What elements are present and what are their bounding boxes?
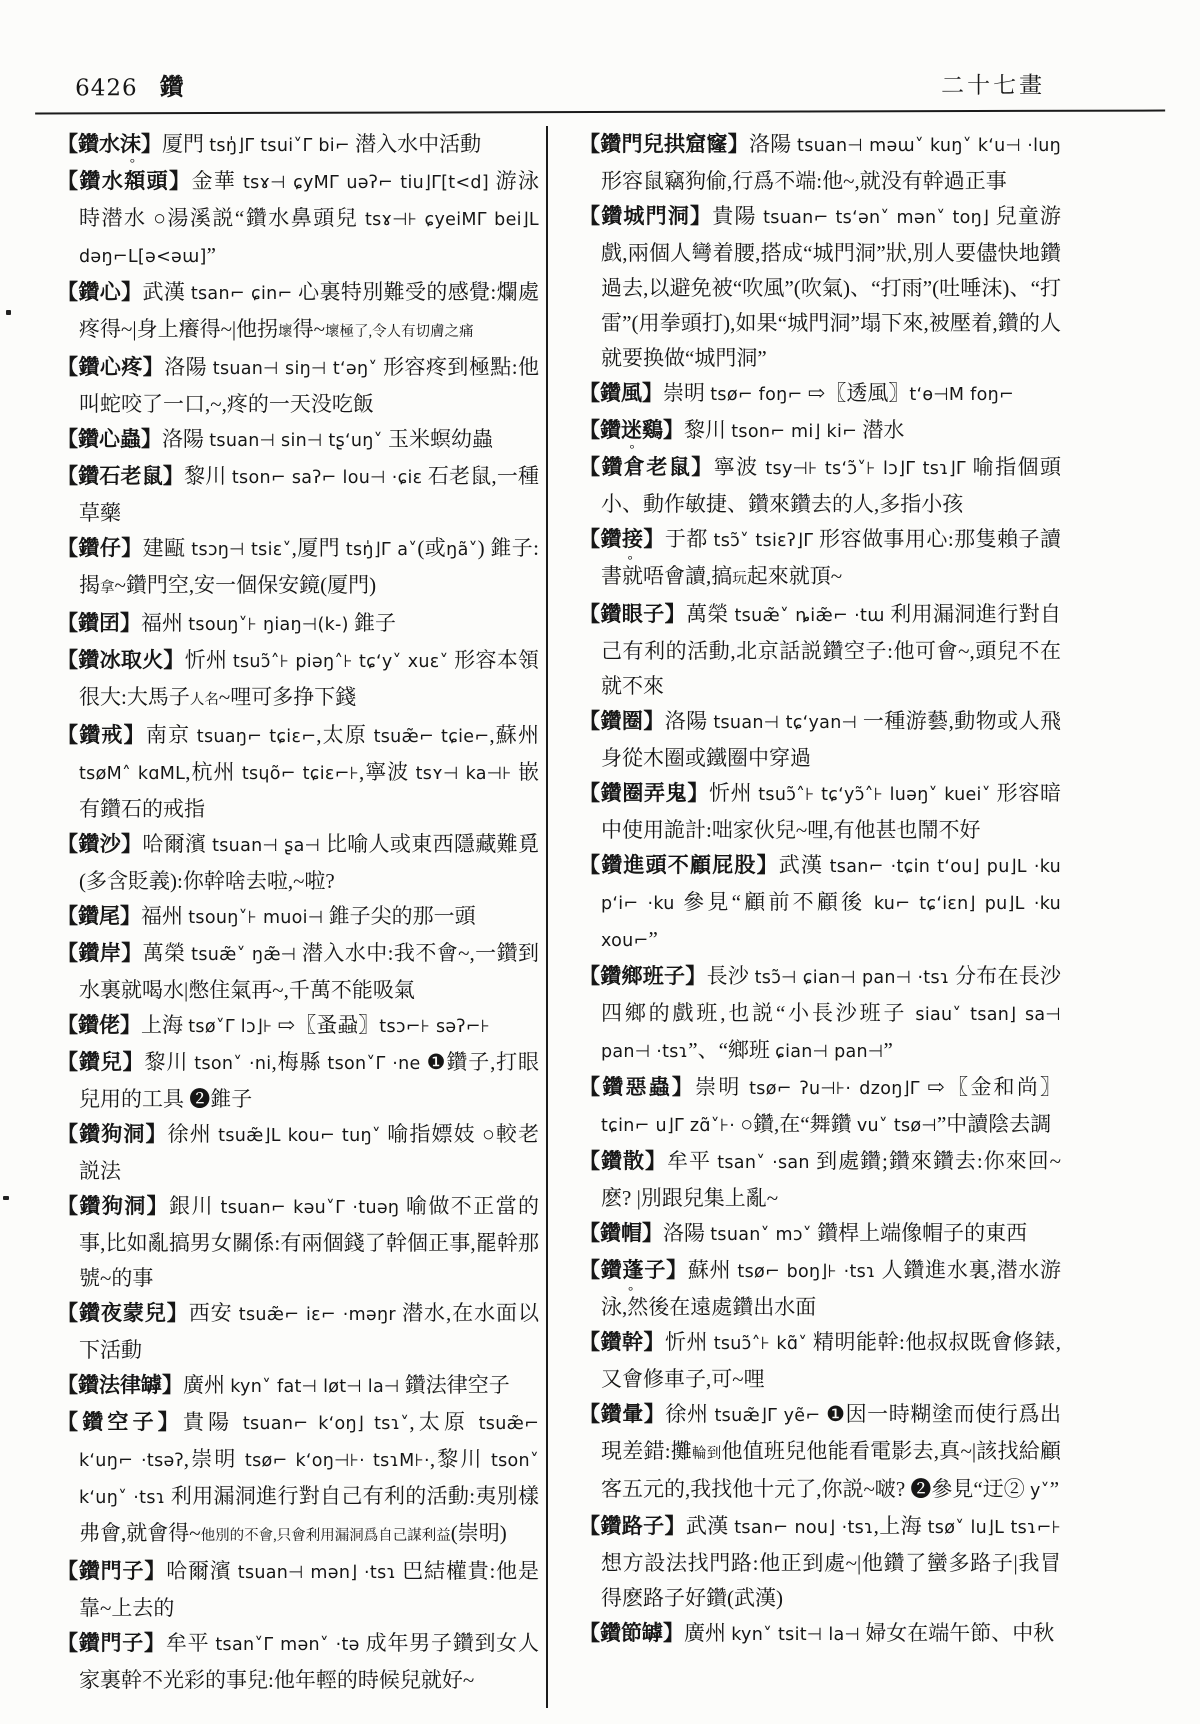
entry-headword: 倉	[624, 450, 645, 485]
entry-headword: 【鑽狗洞】	[57, 1122, 168, 1146]
dict-entry: 【鑽岸】萬榮 tsuæ̃˅ ŋæ̃⊣ 潜入水中:我不會~,一鑽到水裏就喝水|憋住…	[57, 936, 539, 1008]
entry-headword: 【鑽節罅】	[579, 1621, 684, 1645]
dict-entry: 【鑽冰取火】忻州 tsuɔ̃˄⊦ piəŋ˄⊦ tɕʻy˅ xuɛ˅ 形容本領很…	[57, 643, 539, 718]
dict-entry: 【鑽心】武漢 tsan⌐ ɕin⌐ 心裏特別難受的感覺:爛處疼得~|身上癢得~|…	[57, 275, 539, 350]
dict-entry: 【鑽兒】黎川 tson˅ ·ni,梅縣 tson˅Γ ·ne ❶鑽子,打眼兒用的…	[57, 1045, 539, 1117]
definition-text: ,太原	[316, 723, 373, 747]
phonetic-transcription: tsan⌐ nou⌋ ·tsɿ	[734, 1518, 873, 1538]
definition-text: ”中讀陰去調	[937, 1112, 1051, 1136]
phonetic-transcription: tsuan⊣ sin⊣ tʂʻuŋ˅	[209, 431, 382, 451]
dict-entry: 【鑽圈弄鬼】忻州 tsuɔ̃˄⊦ tɕʻyɔ̃˄⊦ luəŋ˅ kuei˅ 形容…	[579, 776, 1061, 848]
phonetic-transcription: tsuan⊣ ʂa⊣	[212, 836, 320, 856]
entry-headword: 【鑽	[579, 527, 622, 551]
entry-headword: 【鑽水沫】	[57, 132, 162, 156]
place-name: 貴陽	[183, 1410, 243, 1434]
phonetic-transcription: tsuan⊣ mən⌋ ·tsɿ	[238, 1563, 396, 1583]
place-name: 長沙	[707, 964, 755, 988]
gloss-small: 壞極了,令人有切膚之痛	[325, 324, 474, 340]
dict-entry: 【鑽狗洞】徐州 tsuæ̃⌋L kou⌐ tuŋ˅ 喻指嫖妓 ○較老説法	[57, 1117, 539, 1189]
phonetic-transcription: tsøM˄ kɑML	[79, 764, 185, 784]
definition-text: ”	[648, 927, 657, 951]
scan-speck	[3, 1196, 9, 1200]
entry-headword: 【鑽鄉班子】	[579, 964, 707, 988]
entry-headword: 【鑽狗洞】	[57, 1194, 169, 1218]
definition-text: ”	[883, 1038, 892, 1062]
place-name: 金華	[191, 169, 242, 193]
dict-entry: 【鑽接】于都 tsɔ̃˅ tsiɛʔ⌋Γ 形容做事用心:那隻賴子讀書就唔會讀,搞…	[579, 522, 1061, 597]
dict-entry: 【鑽夜蒙兒】西安 tsuæ̃⌐ iɛ⌐ ·məŋr 潜水,在水面以下活動	[57, 1296, 539, 1368]
phonetic-transcription: tsan˅ ·san	[717, 1153, 810, 1173]
definition-text: 錐子尖的那一頭	[323, 904, 475, 928]
gloss-small: 玩	[732, 571, 747, 587]
place-name: 哈爾濱	[166, 1559, 238, 1583]
phonetic-transcription: tsuɔ̃˄⊦ kɑ̃˅	[714, 1334, 808, 1354]
definition-text: ⇨〖透風〗	[802, 381, 909, 405]
phonetic-transcription: tsø˅ lu⌋L tsɿ⌐⊦	[928, 1518, 1061, 1538]
entry-headword: 【鑽迷鷄】	[579, 418, 684, 442]
place-name: 洛陽	[164, 355, 213, 379]
entry-headword: 【鑽法律罅】	[57, 1373, 183, 1397]
place-name: 洛陽	[663, 1221, 710, 1245]
definition-text: 參見“顧前不顧後	[675, 890, 874, 914]
place-name: 忻州	[709, 781, 758, 805]
dict-entry: 【鑽佬】上海 tsø˅Γ lɔ⌋⊦ ⇨〖蚤蝨〗tsɔ⌐⊦ səʔ⌐⊦	[57, 1008, 539, 1045]
phonetic-transcription: tsuæ̃⌋L kou⌐ tuŋ˅	[218, 1126, 381, 1146]
phonetic-transcription: tsɔŋ⊣ tsiɛ˅	[191, 540, 291, 560]
place-name: 貴陽	[712, 204, 763, 228]
phonetic-transcription: vu˅ tsø⊣	[857, 1116, 937, 1136]
place-name: 建甌	[143, 536, 192, 560]
entry-headword: 【鑽冰取火】	[57, 648, 185, 672]
definition-text: ,寧波	[359, 760, 416, 784]
dict-entry: 【鑽沙】哈爾濱 tsuan⊣ ʂa⊣ 比喻人或東西隱藏難覓(多含貶義):你幹啥去…	[57, 827, 539, 899]
entry-headword: 【鑽戒】	[57, 723, 146, 747]
page-number: 6426	[75, 75, 138, 101]
definition-text: 錐子	[349, 611, 396, 635]
dict-entry: 【鑽水頮頭】金華 tsɤ⊣ ɕyMΓ uəʔ⌐ tiu⌋Γ[t<d] 游泳時潜水…	[57, 164, 539, 275]
entry-headword: 【鑽夜蒙兒】	[57, 1301, 189, 1325]
entry-headword: 頭】	[145, 169, 191, 193]
entry-headword: 【鑽	[579, 455, 624, 479]
column-divider-rule	[546, 126, 548, 1708]
definition-text: 形容鼠竊狗偷,行爲不端:他~,就没有幹過正事	[601, 169, 1007, 193]
dict-entry: 【鑽路子】武漢 tsan⌐ nou⌋ ·tsɿ,上海 tsø˅ lu⌋L tsɿ…	[579, 1509, 1061, 1616]
dict-entry: 【鑽門子】牟平 tsan˅Γ mən˅ ·tə 成年男子鑽到女人家裏幹不光彩的事…	[57, 1626, 539, 1698]
place-name: 武漢	[686, 1514, 734, 1538]
entry-headword: 【鑽幹】	[579, 1330, 665, 1354]
definition-text: ⇨〖蚤蝨〗	[272, 1013, 379, 1037]
place-name: 洛陽	[749, 132, 797, 156]
definition-text: ,杭州	[185, 760, 242, 784]
entry-headword: 【鑽散】	[579, 1149, 667, 1173]
place-name: 萬榮	[143, 941, 192, 965]
definition-text: 兒童游戲,兩個人彎着腰,搭成“城門洞”狀,別人要儘快地鑽過去,以避免被“吹風”(…	[601, 204, 1061, 370]
phonetic-transcription: tsuan⌐ kəu˅Γ ·tuəŋ	[221, 1198, 400, 1218]
phonetic-transcription: tsuɔ̃˄⊦ tɕʻyɔ̃˄⊦ luəŋ˅ kuei˅	[758, 785, 991, 805]
phonetic-transcription: tsʏ⊣ ka⊣⊦	[416, 764, 512, 784]
phonetic-transcription: tsuan⌐ kʻoŋ⌋ tsɿ˅	[243, 1414, 410, 1434]
dict-entry: 【鑽風】崇明 tsø⌐ foŋ⌐ ⇨〖透風〗tʻɵ⊣M foŋ⌐	[579, 376, 1061, 413]
definition-text: ”	[1050, 1477, 1059, 1501]
phonetic-transcription: tsø˅Γ lɔ⌋⊦	[188, 1017, 272, 1037]
phonetic-transcription: tson⌐ mi⌋ ki⌐	[731, 422, 857, 442]
dict-entry: 【鑽節罅】廣州 kyn˅ tsit⊣ la⊣ 婦女在端午節、中秋	[579, 1616, 1061, 1653]
definition-text: (崇明)	[451, 1521, 507, 1545]
entry-headword: 【鑽惡蟲】	[579, 1075, 695, 1099]
dict-entry: 【鑽心蟲】洛陽 tsuan⊣ sin⊣ tʂʻuŋ˅ 玉米螟幼蟲	[57, 422, 539, 459]
dict-entry: 【鑽戒】南京 tsuaŋ⌐ tɕiɛ⌐,太原 tsuæ̃⌐ tɕie⌐,蘇州 t…	[57, 718, 539, 827]
definition-text: 想方設法找門路:他正到處~|他鑽了蠻多路子|我冒得麽路子好鑽(武漢)	[601, 1551, 1061, 1610]
phonetic-transcription: tsø⌐ ʔu⊣⊦· dzoŋ⌋Γ	[749, 1079, 920, 1099]
place-name: 黎川	[144, 1050, 194, 1074]
entry-headword: 【鑽兒】	[57, 1050, 144, 1074]
dict-entry: 【鑽倉老鼠】寧波 tsy⊣⊦ tsʻɔ̃˅⊦ lɔ⌋Γ tsɿ⌋Γ 喻指個頭小、…	[579, 450, 1061, 522]
page-header: 6426鑽 二十七畫	[35, 0, 1165, 114]
entry-headword: 【鑽眼子】	[579, 602, 686, 626]
dict-entry: 【鑽鄉班子】長沙 tsɔ̃⊣ ɕian⊣ pan⊣ ·tsɿ 分布在長沙四鄉的戲…	[579, 959, 1061, 1070]
phonetic-transcription: tsouŋ˅⊦ muoi⊣	[188, 908, 323, 928]
definition-text: 潜水	[857, 418, 904, 442]
entry-headword: 【鑽圈弄鬼】	[579, 781, 709, 805]
phonetic-transcription: tsuan⊣ siŋ⊣ tʻəŋ˅	[213, 359, 378, 379]
phonetic-transcription: tsuæ̃˅ ȵiæ̃⌐ ·tɯ	[734, 606, 884, 626]
phonetic-transcription: y˅	[1030, 1481, 1050, 1501]
entry-headword: 【鑽帽】	[579, 1221, 663, 1245]
entry-headword: 蓬	[623, 1253, 644, 1288]
definition-text: ~鑽門空,安一個保安鏡(厦門)	[115, 573, 377, 597]
place-name: 武漢	[142, 280, 190, 304]
entry-headword: 【鑽進頭不顧屁股】	[579, 853, 779, 877]
phonetic-transcription: tʻɵ⊣M foŋ⌐	[909, 385, 1014, 405]
entry-headword: 【鑽心疼】	[57, 355, 164, 379]
header-left: 6426鑽	[75, 67, 185, 102]
entry-headword: 【鑽門兒拱窟窿】	[579, 132, 749, 156]
phonetic-transcription: kyn˅ fat⊣ løt⊣ la⊣	[230, 1377, 399, 1397]
phonetic-transcription: tsɔ⌐⊦ səʔ⌐⊦	[379, 1017, 490, 1037]
gloss-small: 輪到	[692, 1446, 721, 1462]
entry-headword: 【鑽門子】	[57, 1631, 166, 1655]
dict-entry: 【鑽城門洞】貴陽 tsuan⌐ tsʻən˅ mən˅ toŋ⌋ 兒童游戲,兩個…	[579, 199, 1061, 376]
entry-headword: 【鑽城門洞】	[579, 204, 712, 228]
place-name: 萬榮	[686, 602, 734, 626]
dictionary-page: 6426鑽 二十七畫 【鑽水沫】厦門 tsŋ̍⌋Γ tsui˅Γ bi⌐ 潜入水…	[0, 0, 1200, 1724]
dict-entry: 【鑽囝】福州 tsouŋ˅⊦ ŋiaŋ⊣(k-) 錐子	[57, 606, 539, 643]
definition-text: 潜入水中活動	[350, 132, 481, 156]
phonetic-transcription: tsø⌐ kʻoŋ⊣⊦· tsɿM⊦·	[245, 1451, 430, 1471]
phonetic-transcription: tsuæ̃⌐ tɕie⌐	[374, 727, 490, 747]
entry-headword: 【鑽暈】	[579, 1402, 665, 1426]
definition-text: 玉米螟幼蟲	[383, 427, 493, 451]
phonetic-transcription: tsan⌐ ɕin⌐	[191, 284, 293, 304]
place-name: 西安	[189, 1301, 239, 1325]
entry-headword: 【鑽尾】	[57, 904, 141, 928]
place-name: 南京	[146, 723, 197, 747]
phonetic-transcription: tsuæ̃⌋Γ yẽ⌐	[715, 1406, 821, 1426]
phonetic-transcription: tsuɔ̃˄⊦ piəŋ˄⊦ tɕʻy˅ xuɛ˅	[233, 652, 449, 672]
dict-entry: 【鑽仔】建甌 tsɔŋ⊣ tsiɛ˅,厦門 tsŋ̍⌋Γ a˅(或ŋã˅) 錐子…	[57, 531, 539, 606]
entry-headword: 頮	[124, 164, 145, 199]
phonetic-transcription: tsɔ̃⊣ ɕian⊣ pan⊣ ·tsɿ	[755, 968, 950, 988]
two-column-body: 【鑽水沫】厦門 tsŋ̍⌋Γ tsui˅Γ bi⌐ 潜入水中活動【鑽水頮頭】金華…	[0, 127, 1200, 1698]
entry-headword: 【鑽路子】	[579, 1514, 686, 1538]
phonetic-transcription: tson˅ ·ni	[194, 1054, 271, 1074]
place-name: 福州	[141, 904, 188, 928]
place-name: 廣州	[684, 1621, 731, 1645]
dict-entry: 【鑽眼子】萬榮 tsuæ̃˅ ȵiæ̃⌐ ·tɯ 利用漏洞進行對自己有利的活動,…	[579, 597, 1061, 704]
definition-text: ~哩可多挣下錢	[219, 685, 356, 709]
phonetic-transcription: tsɤ⊣ ɕyMΓ uəʔ⌐ tiu⌋Γ[t<d]	[243, 173, 489, 193]
phonetic-transcription: tsø⌐ foŋ⌐	[710, 385, 802, 405]
dict-entry: 【鑽法律罅】廣州 kyn˅ fat⊣ løt⊣ la⊣ 鑽法律空子	[57, 1368, 539, 1405]
scan-speck	[6, 310, 11, 315]
definition-text: ,崇明	[184, 1447, 245, 1471]
place-name: 徐州	[168, 1122, 219, 1146]
phonetic-transcription: tsŋ̍⌋Γ a˅	[346, 540, 418, 560]
dict-entry: 【鑽幹】忻州 tsuɔ̃˄⊦ kɑ̃˅ 精明能幹:他叔叔既會修錶,又會修車子,可…	[579, 1325, 1061, 1397]
entry-headword: 【鑽圈】	[579, 709, 665, 733]
place-name: 上海	[141, 1013, 188, 1037]
definition-text: ,梅縣	[271, 1050, 327, 1074]
phonetic-transcription: ɕian⊣ pan⊣	[775, 1042, 883, 1062]
phonetic-transcription: tɕin⌐ u⌋Γ zɑ̃˅⊦·	[601, 1116, 735, 1136]
place-name: 厦門	[162, 132, 209, 156]
entry-headword: 【鑽仔】	[57, 536, 143, 560]
place-name: 忻州	[665, 1330, 714, 1354]
phonetic-transcription: tsuan⊣ məɯ˅ kuŋ˅ kʻu⊣ ·luŋ	[797, 136, 1061, 156]
entry-headword: 【鑽	[579, 1258, 623, 1282]
place-name: 黎川	[684, 418, 731, 442]
dict-entry: 【鑽石老鼠】黎川 tson⌐ saʔ⌐ lou⊣ ·ɕiɛ 石老鼠,一種草藥	[57, 459, 539, 531]
phonetic-transcription: tsouŋ˅⊦ ŋiaŋ⊣(k-)	[188, 615, 349, 635]
left-column: 【鑽水沫】厦門 tsŋ̍⌋Γ tsui˅Γ bi⌐ 潜入水中活動【鑽水頮頭】金華…	[57, 127, 539, 1698]
phonetic-transcription: tsan˅Γ mən˅ ·tə	[215, 1635, 359, 1655]
stroke-section-label: 二十七畫	[941, 67, 1045, 100]
definition-text: 得~	[293, 317, 325, 341]
dict-entry: 【鑽惡蟲】崇明 tsø⌐ ʔu⊣⊦· dzoŋ⌋Γ ⇨〖金和尚〗tɕin⌐ u⌋…	[579, 1070, 1061, 1144]
phonetic-transcription: ŋã˅	[446, 540, 477, 560]
place-name: 崇明	[695, 1075, 749, 1099]
place-name: 哈爾濱	[142, 832, 212, 856]
definition-text: 起來就頂~	[747, 564, 842, 588]
gloss-small: 壞	[278, 324, 293, 340]
entry-headword: 【鑽風】	[579, 381, 663, 405]
entry-headword: 【鑽佬】	[57, 1013, 141, 1037]
definition-text: ○鑽,在“舞鑽	[735, 1112, 857, 1136]
dict-entry: 【鑽門子】哈爾濱 tsuan⊣ mən⌋ ·tsɿ 巴結權貴:他是靠~上去的	[57, 1554, 539, 1626]
place-name: 銀川	[169, 1194, 220, 1218]
phonetic-transcription: tsy⊣⊦ tsʻɔ̃˅⊦ lɔ⌋Γ tsɿ⌋Γ	[765, 459, 966, 479]
phonetic-transcription: tsŋ̍⌋Γ tsui˅Γ bi⌐	[209, 136, 350, 156]
dict-entry: 【鑽進頭不顧屁股】武漢 tsan⌐ ·tɕin tʻou⌋ pu⌋L ·ku p…	[579, 848, 1061, 959]
place-name: 崇明	[663, 381, 710, 405]
place-name: 蘇州	[688, 1258, 738, 1282]
phonetic-transcription: tsɔ̃˅ tsiɛʔ⌋Γ	[714, 531, 814, 551]
definition-text: ,厦門	[292, 536, 346, 560]
place-name: 于都	[665, 527, 714, 551]
entry-headword: 】	[643, 527, 665, 551]
entry-headword: 子】	[644, 1258, 688, 1282]
entry-headword: 【鑽空子】	[57, 1410, 183, 1434]
phonetic-transcription: kyn˅ tsit⊣ la⊣	[731, 1625, 860, 1645]
entry-headword: 【鑽心蟲】	[57, 427, 162, 451]
entry-headword: 【鑽水	[57, 169, 124, 193]
entry-headword: 【鑽岸】	[57, 941, 143, 965]
place-name: 徐州	[665, 1402, 714, 1426]
place-name: 廣州	[183, 1373, 230, 1397]
entry-headword: 【鑽心】	[57, 280, 142, 304]
dict-entry: 【鑽狗洞】銀川 tsuan⌐ kəu˅Γ ·tuəŋ 喻做不正當的事,比如亂搞男…	[57, 1189, 539, 1296]
entry-headword: 【鑽沙】	[57, 832, 142, 856]
definition-text: ”	[207, 243, 216, 267]
place-name: 武漢	[779, 853, 830, 877]
phonetic-transcription: tsɥõ⌐ tɕiɛ⌐⊦	[242, 764, 359, 784]
dict-entry: 【鑽迷鷄】黎川 tson⌐ mi⌋ ki⌐ 潜水	[579, 413, 1061, 450]
phonetic-transcription: tsuan˅ mɔ˅	[710, 1225, 812, 1245]
place-name: 洛陽	[162, 427, 209, 451]
place-name: 福州	[141, 611, 188, 635]
dict-entry: 【鑽尾】福州 tsouŋ˅⊦ muoi⊣ 錐子尖的那一頭	[57, 899, 539, 936]
entry-headword: 【鑽囝】	[57, 611, 141, 635]
dict-entry: 【鑽散】牟平 tsan˅ ·san 到處鑽;鑽來鑽去:你來回~麽? |別跟兒集上…	[579, 1144, 1061, 1216]
phonetic-transcription: tsuan⌐ tsʻən˅ mən˅ toŋ⌋	[763, 208, 989, 228]
place-name: 寧波	[714, 455, 766, 479]
dict-entry: 【鑽門兒拱窟窿】洛陽 tsuan⊣ məɯ˅ kuŋ˅ kʻu⊣ ·luŋ 形容…	[579, 127, 1061, 199]
dict-entry: 【鑽空子】貴陽 tsuan⌐ kʻoŋ⌋ tsɿ˅,太原 tsuæ̃⌐ kʻuŋ…	[57, 1405, 539, 1554]
phonetic-transcription: tsuaŋ⌐ tɕiɛ⌐	[197, 727, 316, 747]
dict-entry: 【鑽圈】洛陽 tsuan⊣ tɕʻyan⊣ 一種游藝,動物或人飛身從木圈或鐵圈中…	[579, 704, 1061, 776]
phonetic-transcription: tson˅Γ ·ne	[327, 1054, 420, 1074]
phonetic-transcription: tsuæ̃⌐ iɛ⌐ ·məŋr	[239, 1305, 396, 1325]
definition-text: ,上海	[874, 1514, 928, 1538]
definition-text: ⇨〖金和尚〗	[920, 1075, 1061, 1099]
phonetic-transcription: tsuæ̃˅ ŋæ̃⊣	[191, 945, 296, 965]
place-name: 牟平	[166, 1631, 216, 1655]
place-name: 洛陽	[665, 709, 714, 733]
phonetic-transcription: tsø⌐ boŋ⌋⊦ ·tsɿ	[737, 1262, 875, 1282]
dict-entry: 【鑽暈】徐州 tsuæ̃⌋Γ yẽ⌐ ❶因一時糊塗而使行爲出現差錯:攤輪到他值班…	[579, 1397, 1061, 1509]
place-name: 牟平	[667, 1149, 717, 1173]
definition-text: 鑽桿上端像帽子的東西	[812, 1221, 1027, 1245]
phonetic-transcription: tsuan⊣ tɕʻyan⊣	[713, 713, 857, 733]
phonetic-transcription: tson⌐ saʔ⌐ lou⊣ ·ɕiɛ	[232, 468, 423, 488]
definition-text: 鑽法律空子	[400, 1373, 510, 1397]
entry-headword: 【鑽門子】	[57, 1559, 166, 1583]
place-name: 黎川	[184, 464, 232, 488]
dict-entry: 【鑽蓬子】蘇州 tsø⌐ boŋ⌋⊦ ·tsɿ 人鑽進水裏,潜水游泳,然後在遠處…	[579, 1253, 1061, 1325]
definition-text: ,黎川	[430, 1447, 491, 1471]
definition-text: ,蘇州	[489, 723, 539, 747]
gloss-small: 拿	[100, 580, 115, 596]
running-headword: 鑽	[160, 75, 185, 101]
entry-headword: 接	[622, 522, 643, 557]
definition-text: ,太原	[409, 1410, 478, 1434]
definition-text: (或	[417, 536, 446, 560]
entry-headword: 【鑽石老鼠】	[57, 464, 184, 488]
definition-text: 婦女在端午節、中秋	[860, 1621, 1054, 1645]
dict-entry: 【鑽帽】洛陽 tsuan˅ mɔ˅ 鑽桿上端像帽子的東西	[579, 1216, 1061, 1253]
dict-entry: 【鑽心疼】洛陽 tsuan⊣ siŋ⊣ tʻəŋ˅ 形容疼到極點:他叫蛇咬了一口…	[57, 350, 539, 422]
definition-text: ”、“鄉班	[688, 1038, 775, 1062]
entry-headword: 老鼠】	[645, 455, 714, 479]
right-column: 【鑽門兒拱窟窿】洛陽 tsuan⊣ məɯ˅ kuŋ˅ kʻu⊣ ·luŋ 形容…	[561, 127, 1061, 1698]
place-name: 忻州	[185, 648, 233, 672]
gloss-small: 人名	[190, 692, 219, 708]
gloss-small: 他別的不會,只會利用漏洞爲自己謀利益	[201, 1528, 451, 1544]
